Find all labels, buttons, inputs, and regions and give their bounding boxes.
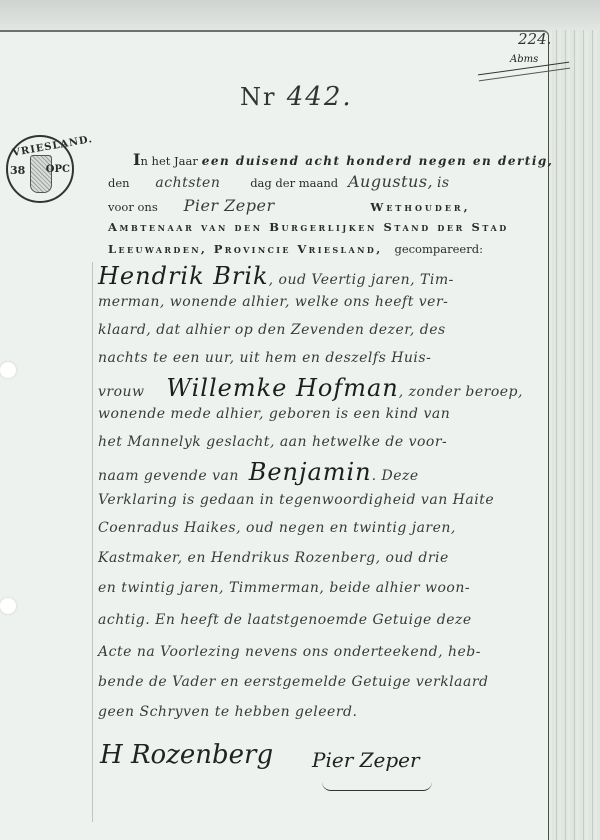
header-line-place: Leeuwarden, Provincie Vriesland, gecompa… xyxy=(108,242,483,256)
header-line-official: voor ons Pier Zeper Wethouder, xyxy=(108,196,471,215)
gecompareerd-label: gecompareerd: xyxy=(394,242,483,256)
header-line-ambtenaar: Ambtenaar van den Burgerlijken Stand der… xyxy=(108,220,509,234)
header-line-date: den achtsten dag der maand Augustus, is xyxy=(108,172,450,191)
body-line-4: nachts te een uur, uit hem en deszelfs H… xyxy=(98,350,431,366)
place-text: Leeuwarden, Provincie Vriesland, xyxy=(108,242,383,256)
official-name: Pier Zeper xyxy=(184,196,275,215)
body-line-16: geen Schryven te hebben geleerd. xyxy=(98,704,357,720)
body-line-13: achtig. En heeft de laatstgenoemde Getui… xyxy=(98,612,472,628)
scan-top-shadow xyxy=(0,0,600,34)
month-label: dag der maand xyxy=(250,176,338,190)
body-line-3: klaard, dat alhier op den Zevenden dezer… xyxy=(98,322,446,338)
header-line-year: In het Jaar een duisend acht honderd neg… xyxy=(133,150,553,169)
witness-signature: H Rozenberg xyxy=(100,740,273,770)
day-value: achtsten xyxy=(155,175,220,191)
body-line-2: merman, wonende alhier, welke ons heeft … xyxy=(98,294,448,310)
record-number-heading: Nr 442. xyxy=(240,82,353,112)
body-line-9: Verklaring is gedaan in tegenwoordigheid… xyxy=(98,492,494,508)
voor-ons-label: voor ons xyxy=(108,200,158,214)
mother-name: Willemke Hofman xyxy=(166,374,398,402)
stamp-number: 38 xyxy=(10,164,25,177)
body-line-6: wonende mede alhier, geboren is een kind… xyxy=(98,406,450,422)
page-stack-edges xyxy=(552,30,600,840)
official-signature: Pier Zeper xyxy=(312,748,420,772)
body-line-12: en twintig jaren, Timmerman, beide alhie… xyxy=(98,580,470,596)
punch-hole-lower xyxy=(0,598,16,614)
page-number: 224. xyxy=(518,30,551,48)
vriesland-tax-stamp: VRIESLAND. 38 OPC xyxy=(6,135,74,203)
body-line-1: Hendrik Brik, oud Veertig jaren, Tim- xyxy=(98,262,454,290)
child-name: Benjamin xyxy=(249,458,372,486)
stamp-code: OPC xyxy=(46,164,70,175)
body-line-14: Acte na Voorlezing nevens ons onderteeke… xyxy=(98,644,481,660)
month-value: Augustus, xyxy=(348,172,433,191)
clerk-initials: Abms xyxy=(510,54,538,65)
den-label: den xyxy=(108,176,130,190)
body-line-15: bende de Vader en eerstgemelde Getuige v… xyxy=(98,674,489,690)
punch-hole-upper xyxy=(0,362,16,378)
is-label: is xyxy=(437,175,450,191)
record-prefix: Nr xyxy=(240,83,276,111)
official-title: Wethouder, xyxy=(370,200,470,214)
left-margin-rule xyxy=(92,262,93,822)
body-line-7: het Mannelyk geslacht, aan hetwelke de v… xyxy=(98,434,447,450)
signature-flourish xyxy=(322,782,432,791)
father-name: Hendrik Brik xyxy=(98,262,269,290)
year-label: n het Jaar xyxy=(140,154,197,168)
body-line-5: vrouw Willemke Hofman, zonder beroep, xyxy=(98,374,523,402)
record-number: 442. xyxy=(287,82,353,112)
year-text: een duisend acht honderd negen en dertig… xyxy=(202,154,554,168)
body-line-8: naam gevende van Benjamin. Deze xyxy=(98,458,419,486)
body-line-11: Kastmaker, en Hendrikus Rozenberg, oud d… xyxy=(98,550,449,566)
body-line-10: Coenradus Haikes, oud negen en twintig j… xyxy=(98,520,456,536)
